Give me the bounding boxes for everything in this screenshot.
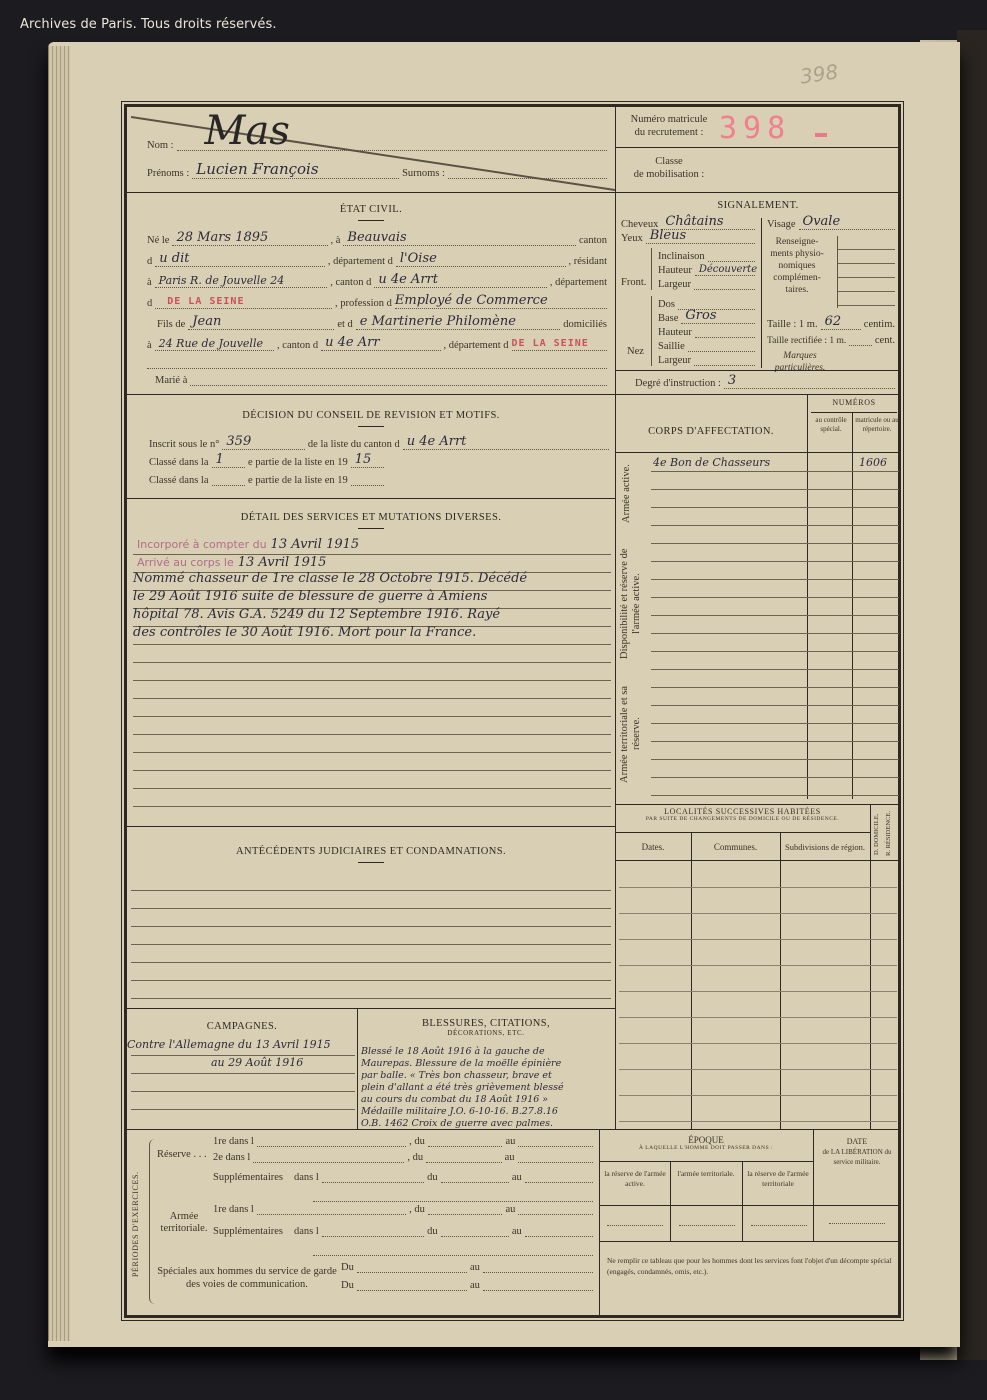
- birth-date: 28 Mars 1895: [176, 230, 268, 245]
- dans-label: dans l: [294, 1226, 319, 1237]
- epoque-territoriale-header: l'armée territoriale.: [672, 1169, 740, 1179]
- fils-de-label: Fils de: [157, 319, 185, 330]
- periodes-exercices-section: PÉRIODES D'EXERCICES. Réserve . . . 1re …: [127, 1129, 599, 1315]
- ne-le-label: Né le: [147, 235, 169, 246]
- taille-rectifiee-label: Taille rectifiée : 1 m.: [767, 336, 846, 346]
- nez-saillie-label: Saillie: [658, 341, 685, 352]
- front-label: Front.: [621, 277, 646, 288]
- matricule-block: Numéro matricule du recrutement : 398 Cl…: [615, 107, 901, 192]
- residence-address: Paris R. de Jouvelle 24: [159, 274, 285, 287]
- visage-label: Visage: [767, 219, 796, 230]
- profession-value: Employé de Commerce: [395, 293, 548, 308]
- incorpore-date: 13 Avril 1915: [271, 537, 360, 552]
- epoque-section: ÉPOQUE À LAQUELLE L'HOMME DOIT PASSER DA…: [599, 1129, 901, 1315]
- front-hauteur-label: Hauteur: [658, 265, 692, 276]
- birth-canton: u dit: [159, 251, 189, 266]
- classe-1-label: Classé dans la: [149, 457, 209, 468]
- degre-instruction-value: 3: [728, 373, 736, 388]
- du-label: Du: [341, 1280, 354, 1291]
- armee-territoriale-label: Armée territoriale et sa réserve.: [619, 674, 643, 794]
- date-liberation-title: DATE: [815, 1137, 899, 1147]
- et-de-label: et d: [337, 319, 352, 330]
- taille-label: Taille : 1 m.: [767, 319, 818, 330]
- corps-title: CORPS D'AFFECTATION.: [615, 426, 807, 437]
- taille-unit: centim.: [864, 319, 895, 330]
- territoriale-1-label: 1re dans l: [213, 1204, 254, 1215]
- au-label: au: [505, 1204, 515, 1215]
- service-line: Nommé chasseur de 1re classe le 28 Octob…: [133, 571, 527, 586]
- blessure-line: plein d'allant a été très grièvement ble…: [361, 1082, 564, 1093]
- taille-rectifiee-unit: cent.: [875, 335, 895, 346]
- nez-base-label: Base: [658, 313, 678, 324]
- service-line: des contrôles le 30 Août 1916. Mort pour…: [133, 625, 476, 640]
- reserve-label: Réserve . . .: [157, 1149, 207, 1160]
- reserve-1-label: 1re dans l: [213, 1136, 254, 1147]
- numeros-title: NUMÉROS: [807, 398, 901, 407]
- au-label: au: [470, 1280, 480, 1291]
- classe-1-value: 1: [216, 452, 224, 467]
- communes-header: Communes.: [691, 842, 780, 852]
- canton-label: , canton d: [330, 277, 371, 288]
- d-label: d: [147, 256, 152, 267]
- front-hauteur-value: Découverte: [699, 264, 757, 275]
- du-label: du: [427, 1226, 438, 1237]
- du-label: , du: [409, 1136, 425, 1147]
- matricule-entry: 1606: [859, 456, 887, 469]
- d-label: d: [147, 298, 152, 309]
- corps-entry: 4e Bon de Chasseurs: [653, 456, 770, 469]
- service-line: le 29 Août 1916 suite de blessure de gue…: [133, 589, 487, 604]
- liste-canton-label: de la liste du canton d: [308, 439, 400, 450]
- blessure-line: Médaille militaire J.O. 6-10-16. B.27.8.…: [361, 1106, 558, 1117]
- speciales-label: Spéciales aux hommes du service de garde…: [157, 1265, 337, 1291]
- yeux-value: Bleus: [650, 228, 686, 243]
- services-title: DÉTAIL DES SERVICES ET MUTATIONS DIVERSE…: [241, 512, 501, 523]
- supplementaires-label: Supplémentaires: [213, 1226, 283, 1237]
- blessure-line: O.B. 1462 Croix de guerre avec palmes.: [361, 1118, 553, 1129]
- au-label: au: [512, 1226, 522, 1237]
- campagne-line: au 29 Août 1916: [211, 1056, 303, 1069]
- father-name: Jean: [192, 314, 221, 329]
- au-label: au: [470, 1262, 480, 1273]
- partie-label: e partie de la liste en 19: [248, 457, 348, 468]
- a-label: à: [147, 340, 152, 351]
- matricule-label-1: Numéro matricule: [621, 113, 717, 126]
- supplementaires-label: Supplémentaires: [213, 1172, 283, 1183]
- nez-largeur-label: Largeur: [658, 355, 691, 366]
- a-label: à: [147, 277, 152, 288]
- book-binding: [957, 30, 987, 1360]
- profession-label: , profession d: [335, 298, 392, 309]
- controle-header: au contrôle spécial.: [811, 416, 851, 434]
- marie-label: Marié à: [155, 375, 187, 386]
- domicilies-label: domiciliés: [563, 319, 607, 330]
- blessure-line: au cours du combat du 18 Août 1916 »: [361, 1094, 548, 1105]
- campagnes-section: CAMPAGNES. Contre l'Allemagne du 13 Avri…: [127, 1008, 357, 1129]
- residence-label: R. RÉSIDENCE.: [885, 808, 892, 860]
- blessure-line: par balle. « Très bon chasseur, brave et: [361, 1070, 552, 1081]
- classe-label-1: Classe: [621, 155, 717, 168]
- taille-value: 62: [825, 314, 842, 329]
- corps-affectation-section: CORPS D'AFFECTATION. NUMÉROS au contrôle…: [615, 394, 901, 804]
- au-label: au: [512, 1172, 522, 1183]
- epoque-subtitle: À LAQUELLE L'HOMME DOIT PASSER DANS :: [599, 1145, 813, 1151]
- front-inclinaison-label: Inclinaison: [658, 251, 705, 262]
- departement-label: , département d: [444, 340, 509, 351]
- service-line: hôpital 78. Avis G.A. 5249 du 12 Septemb…: [133, 607, 500, 622]
- signalement-title: SIGNALEMENT.: [615, 200, 901, 211]
- classe-2-label: Classé dans la: [149, 475, 209, 486]
- arrive-date: 13 Avril 1915: [238, 555, 327, 570]
- departement-label: , département: [550, 277, 607, 288]
- signalement-section: SIGNALEMENT. Cheveux Châtains Yeux Bleus…: [615, 192, 901, 394]
- liste-canton-value: u 4e Arrt: [407, 434, 467, 449]
- birth-departement: l'Oise: [400, 251, 437, 266]
- matricule-label-2: du recrutement :: [621, 126, 717, 139]
- classe-label-2: de mobilisation :: [621, 168, 717, 181]
- yeux-label: Yeux: [621, 233, 643, 244]
- nez-label: Nez: [627, 346, 644, 357]
- periodes-exercices-label: PÉRIODES D'EXERCICES.: [131, 1139, 140, 1309]
- partie-label: e partie de la liste en 19: [248, 475, 348, 486]
- arrive-stamp: Arrivé au corps le: [137, 556, 234, 569]
- epoque-reserve-active-header: la réserve de l'armée active.: [601, 1169, 669, 1189]
- disponibilite-label: Disponibilité et réserve de l'armée acti…: [619, 539, 643, 669]
- localites-title: LOCALITÉS SUCCESSIVES HABITÉES: [615, 807, 870, 816]
- armee-active-label: Armée active.: [621, 454, 632, 534]
- prenoms-label: Prénoms :: [147, 168, 189, 179]
- etat-civil-section: ÉTAT CIVIL. Né le 28 Mars 1895 , à Beauv…: [127, 192, 615, 394]
- prenoms-value: Lucien François: [196, 160, 318, 178]
- archive-watermark: Archives de Paris. Tous droits réservés.: [20, 17, 277, 32]
- red-dash: [815, 133, 827, 137]
- nez-hauteur-label: Hauteur: [658, 327, 692, 338]
- nom-label: Nom :: [147, 140, 174, 151]
- date-liberation-subtitle: de LA LIBÉRATION du service militaire.: [815, 1147, 899, 1167]
- residant-label: , résidant: [569, 256, 608, 267]
- renseignements-label: Renseigne-ments physio-nomiques compléme…: [767, 236, 827, 296]
- incorpore-stamp: Incorporé à compter du: [137, 538, 267, 551]
- front-largeur-label: Largeur: [658, 279, 691, 290]
- blessures-title: BLESSURES, CITATIONS,: [357, 1018, 615, 1029]
- decision-section: DÉCISION DU CONSEIL DE REVISION ET MOTIF…: [127, 394, 615, 498]
- canton-label: , canton d: [277, 340, 318, 351]
- dates-header: Dates.: [615, 842, 691, 852]
- page-edges: [48, 46, 70, 1341]
- nez-base-value: Gros: [685, 308, 716, 323]
- nez-dos-label: Dos: [658, 299, 675, 310]
- armee-territoriale-exercice-label: Armée territoriale.: [157, 1211, 211, 1235]
- residence-canton: u 4e Arrt: [378, 272, 438, 287]
- inscrit-label: Inscrit sous le n°: [149, 439, 219, 450]
- epoque-title: ÉPOQUE: [599, 1135, 813, 1145]
- localites-subtitle: PAR SUITE DE CHANGEMENTS DE DOMICILE OU …: [615, 816, 870, 822]
- inscrit-value: 359: [226, 434, 251, 449]
- classe-1-year: 15: [355, 452, 372, 467]
- parents-canton: u 4e Arr: [325, 335, 379, 350]
- degre-instruction-label: Degré d'instruction :: [635, 378, 721, 389]
- matricule-number: 398: [719, 111, 791, 146]
- a-label: , à: [331, 235, 341, 246]
- du-label: , du: [407, 1152, 423, 1163]
- birth-place: Beauvais: [347, 230, 406, 245]
- du-label: du: [427, 1172, 438, 1183]
- blessure-line: Maurepas. Blessure de la moëlle épinière: [361, 1058, 561, 1069]
- decision-title: DÉCISION DU CONSEIL DE REVISION ET MOTIF…: [242, 410, 499, 421]
- campagnes-title: CAMPAGNES.: [127, 1021, 357, 1032]
- blessures-section: BLESSURES, CITATIONS, DÉCORATIONS, ETC. …: [357, 1008, 615, 1129]
- blessure-line: Blessé le 18 Août 1916 à la gauche de: [361, 1046, 545, 1057]
- au-label: au: [505, 1152, 515, 1163]
- etat-civil-title: ÉTAT CIVIL.: [340, 204, 402, 215]
- antecedents-title: ANTÉCÉDENTS JUDICIAIRES ET CONDAMNATIONS…: [236, 846, 506, 857]
- campagne-line: Contre l'Allemagne du 13 Avril 1915: [127, 1038, 331, 1051]
- parents-address: 24 Rue de Jouvelle: [159, 337, 263, 350]
- canton-label: canton: [579, 235, 607, 246]
- dans-label: dans l: [294, 1172, 319, 1183]
- visage-value: Ovale: [803, 214, 841, 229]
- residence-departement-stamp: DE LA SEINE: [167, 296, 244, 307]
- nom-value: Mas: [205, 108, 290, 154]
- matricule-form: Nom : Mas Prénoms : Lucien François Surn…: [124, 104, 901, 1318]
- services-section: DÉTAIL DES SERVICES ET MUTATIONS DIVERSE…: [127, 498, 615, 826]
- blessures-subtitle: DÉCORATIONS, ETC.: [357, 1029, 615, 1037]
- mother-name: e Martinerie Philomène: [360, 314, 516, 329]
- surnoms-label: Surnoms :: [402, 168, 445, 179]
- localites-section: LOCALITÉS SUCCESSIVES HABITÉES PAR SUITE…: [615, 804, 901, 1129]
- cheveux-value: Châtains: [665, 214, 723, 229]
- reserve-2-label: 2e dans l: [213, 1152, 250, 1163]
- antecedents-section: ANTÉCÉDENTS JUDICIAIRES ET CONDAMNATIONS…: [127, 826, 615, 1008]
- subdivisions-header: Subdivisions de région.: [780, 842, 870, 852]
- departement-label: , département d: [328, 256, 393, 267]
- domicile-label: D. DOMICILE.: [873, 808, 880, 860]
- epoque-note: Ne remplir ce tableau que pour les homme…: [607, 1255, 893, 1277]
- name-block: Nom : Mas Prénoms : Lucien François Surn…: [127, 107, 615, 192]
- du-label: Du: [341, 1262, 354, 1273]
- epoque-reserve-territoriale-header: la réserve de l'armée territoriale: [744, 1169, 812, 1189]
- au-label: au: [505, 1136, 515, 1147]
- du-label: , du: [409, 1204, 425, 1215]
- parents-departement-stamp: DE LA SEINE: [512, 338, 589, 349]
- matricule-header: matricule ou au répertoire.: [855, 416, 899, 434]
